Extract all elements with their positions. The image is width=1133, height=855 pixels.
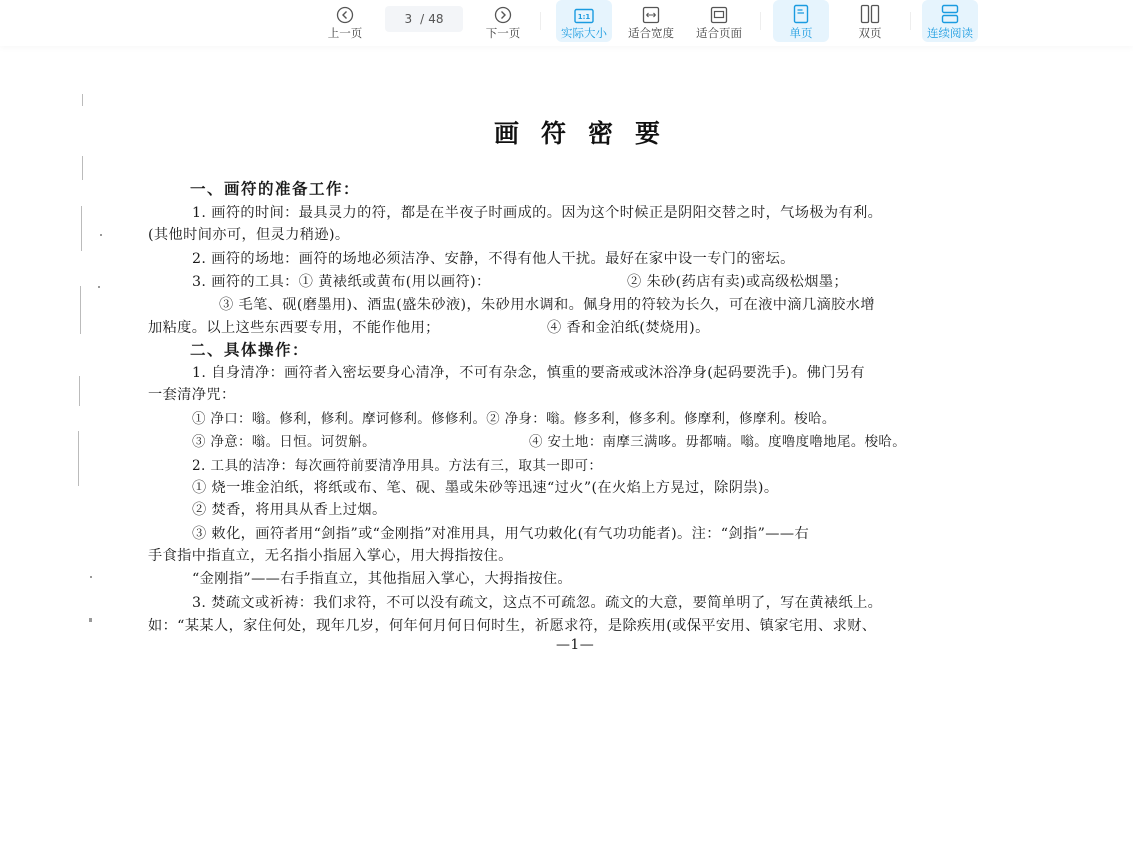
paragraph-line: ③ 敕化，画符者用“剑指”或“金刚指”对准用具，用气功敕化(有气功功能者)。注：… (192, 523, 809, 543)
paragraph-line: 手食指中指直立，无名指小指屈入掌心，用大拇指按住。 (148, 545, 513, 565)
scan-margin-mark (80, 286, 81, 334)
toolbar-divider (910, 12, 911, 30)
fit-page-icon (710, 2, 728, 24)
scan-margin-mark (81, 206, 82, 251)
paragraph-line: ③ 毛笔、砚(磨墨用)、酒盅(盛朱砂液)，朱砂用水调和。佩身用的符较为长久，可在… (219, 294, 875, 314)
toolbar-divider (760, 12, 761, 30)
paragraph-line: 1. 画符的时间：最具灵力的符，都是在半夜子时画成的。因为这个时候正是阴阳交替之… (192, 202, 882, 222)
scan-margin-mark (78, 431, 79, 486)
paragraph-line: 如：“某某人，家住何处，现年几岁，何年何月何日何时生，祈愿求符，是除疾用(或保平… (148, 615, 876, 635)
double-page-icon (860, 2, 880, 24)
section-heading: 二、具体操作： (190, 338, 309, 360)
fit-page-label: 适合页面 (696, 26, 742, 40)
paragraph-line: 加粘度。以上这些东西要专用，不能作他用； (148, 317, 440, 337)
chevron-right-circle-icon (494, 2, 512, 24)
scan-speck (89, 618, 92, 622)
paragraph-line: ① 烧一堆金泊纸，将纸或布、笔、砚、墨或朱砂等迅速“过火”(在火焰上方晃过，除阴… (192, 477, 778, 497)
page-number: —1— (556, 637, 594, 653)
total-pages: 48 (428, 12, 443, 26)
viewer-toolbar: 上一页 3 / 48 下一页 1:1 实际大小 适合宽度 适合页面 (0, 0, 1133, 46)
paragraph-line: 2. 画符的场地：画符的场地必须洁净、安静，不得有他人干扰。最好在家中设一专门的… (192, 248, 795, 268)
fit-width-label: 适合宽度 (628, 26, 674, 40)
chevron-left-circle-icon (336, 2, 354, 24)
paragraph-line: ④ 安土地：南摩三满哆。毋都喃。嗡。度噜度噜地尾。梭哈。 (529, 431, 906, 450)
continuous-read-button[interactable]: 连续阅读 (922, 0, 978, 42)
current-page-input[interactable]: 3 (405, 12, 413, 26)
next-page-button[interactable]: 下一页 (480, 0, 526, 42)
single-page-icon (793, 2, 809, 24)
continuous-read-label: 连续阅读 (927, 26, 973, 40)
page-indicator[interactable]: 3 / 48 (385, 6, 463, 32)
next-page-label: 下一页 (486, 26, 521, 40)
paragraph-line: “金刚指”——右手指直立，其他指屈入掌心，大拇指按住。 (192, 568, 572, 588)
fit-width-icon (642, 2, 660, 24)
scan-speck (100, 234, 102, 236)
paragraph-line: ② 焚香，将用具从香上过烟。 (192, 499, 387, 519)
paragraph-line: ③ 净意：嗡。日恒。诃贺斛。 (192, 431, 376, 450)
single-page-button[interactable]: 单页 (773, 0, 829, 42)
fit-page-button[interactable]: 适合页面 (690, 0, 748, 42)
paragraph-line: 3. 画符的工具：① 黄裱纸或黄布(用以画符)： (192, 271, 491, 291)
section-heading: 一、画符的准备工作： (190, 177, 360, 199)
fit-width-button[interactable]: 适合宽度 (622, 0, 680, 42)
actual-size-1to1-icon: 1:1 (574, 2, 594, 24)
paragraph-line: ④ 香和金泊纸(焚烧用)。 (547, 317, 710, 337)
scan-margin-mark (82, 94, 83, 106)
document-title: 画符密要 (494, 114, 682, 150)
scan-margin-mark (79, 376, 80, 406)
actual-size-label: 实际大小 (561, 26, 607, 40)
actual-size-button[interactable]: 1:1 实际大小 (556, 0, 612, 42)
continuous-read-icon (941, 2, 959, 24)
single-page-label: 单页 (790, 26, 813, 40)
paragraph-line: 一套清净咒： (148, 384, 236, 404)
double-page-button[interactable]: 双页 (842, 0, 898, 42)
prev-page-button[interactable]: 上一页 (322, 0, 368, 42)
paragraph-line: (其他时间亦可，但灵力稍逊)。 (148, 224, 350, 244)
scan-speck (98, 286, 100, 288)
paragraph-line: 1. 自身清净：画符者入密坛要身心清净，不可有杂念，慎重的要斋戒或沐浴净身(起码… (192, 362, 865, 382)
document-viewport[interactable]: 画符密要 一、画符的准备工作： 1. 画符的时间：最具灵力的符，都是在半夜子时画… (0, 46, 1133, 855)
page-separator: / (420, 12, 424, 26)
paragraph-line: 3. 焚疏文或祈祷：我们求符，不可以没有疏文，这点不可疏忽。疏文的大意，要简单明… (192, 592, 882, 612)
svg-text:1:1: 1:1 (578, 13, 591, 21)
prev-page-label: 上一页 (328, 26, 363, 40)
scan-speck (90, 576, 92, 578)
paragraph-line: ① 净口：嗡。修利，修利。摩诃修利。修修利。② 净身：嗡。修多利，修多利。修摩利… (192, 408, 836, 427)
scan-margin-mark (82, 156, 83, 180)
paragraph-line: ② 朱砂(药店有卖)或高级松烟墨； (627, 271, 848, 291)
double-page-label: 双页 (859, 26, 882, 40)
paragraph-line: 2. 工具的洁净：每次画符前要清净用具。方法有三，取其一即可： (192, 454, 602, 474)
toolbar-divider (540, 12, 541, 30)
